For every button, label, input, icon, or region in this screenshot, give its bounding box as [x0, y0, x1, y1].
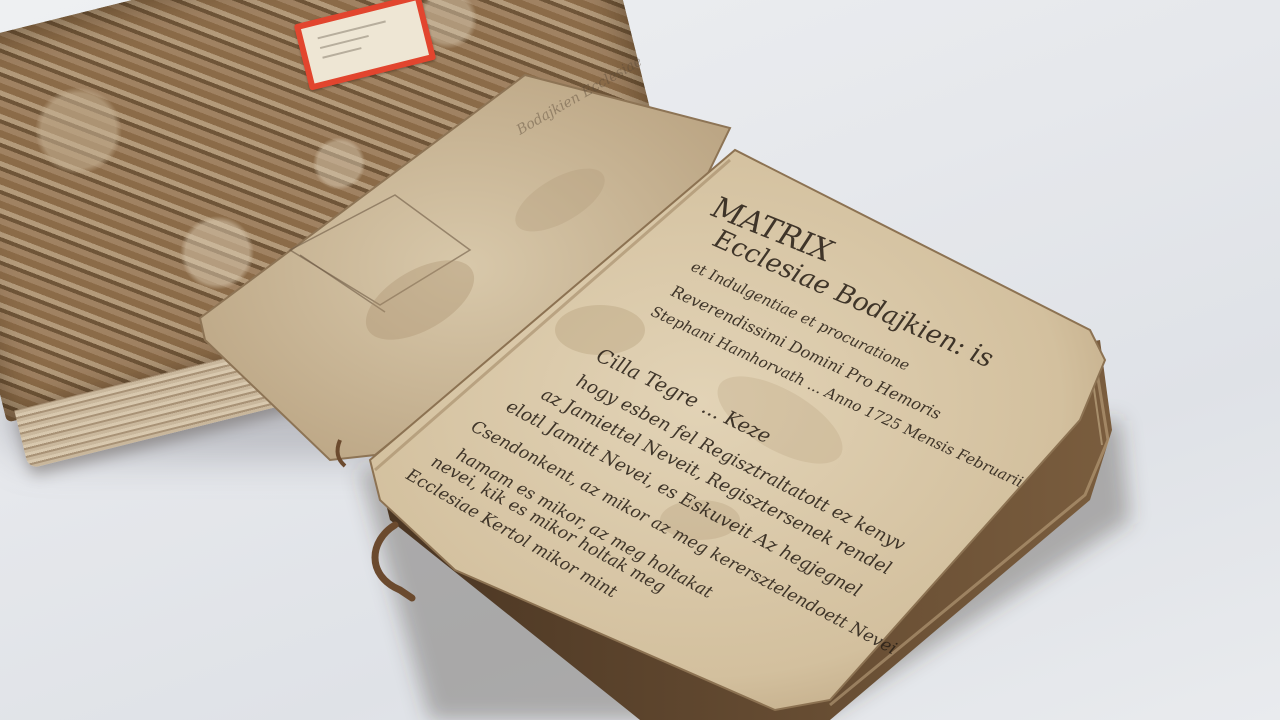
photo-scene: Bodajkien Ecclesiae MATRIX Ecclesiae Bod… — [0, 0, 1280, 720]
open-register-book: Bodajkien Ecclesiae MATRIX Ecclesiae Bod… — [0, 0, 1280, 720]
open-book-drawing: Bodajkien Ecclesiae MATRIX Ecclesiae Bod… — [0, 0, 1280, 720]
